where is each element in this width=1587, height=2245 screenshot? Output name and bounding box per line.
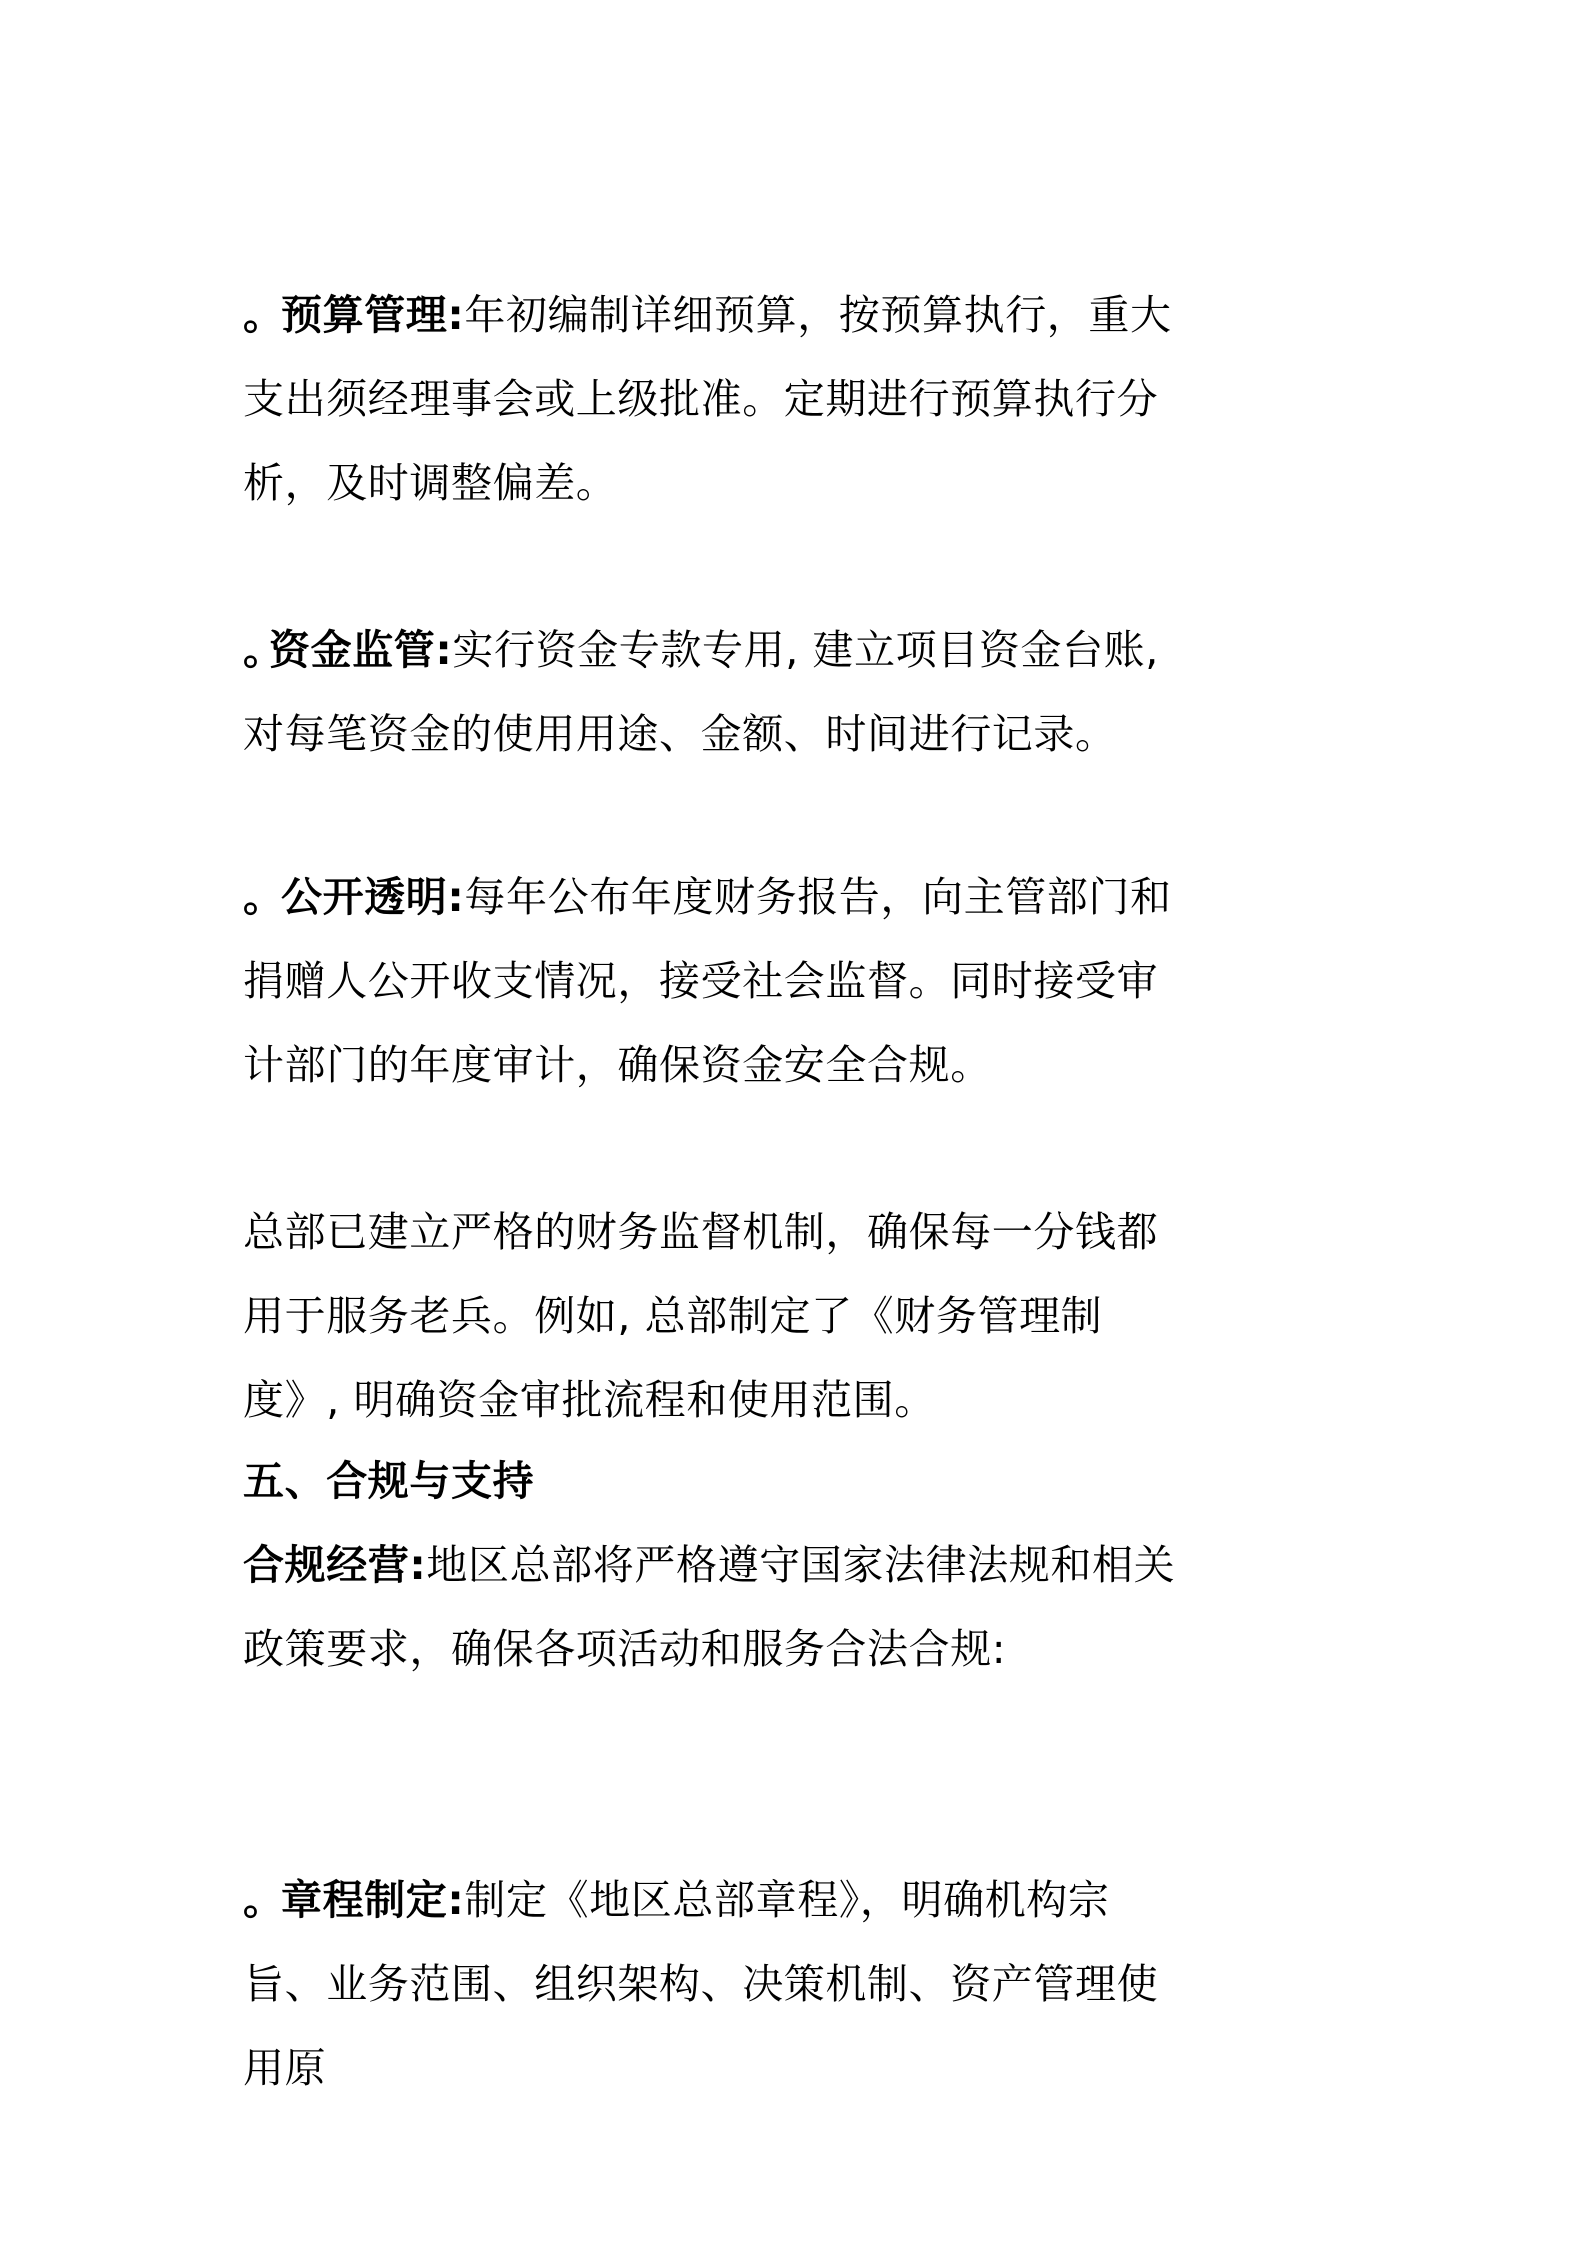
paragraph-charter: 。章程制定:制定《地区总部章程》，明确机构宗旨、业务范围、组织架构、决策机制、资… xyxy=(243,1858,1188,2110)
bullet-icon: 。 xyxy=(243,273,281,357)
section-label: 章程制定: xyxy=(281,1876,464,1924)
bullet-icon: 。 xyxy=(243,855,281,939)
section-heading: 五、合规与支持 xyxy=(243,1439,1188,1523)
paragraph-funds-supervision: 。资金监管:实行资金专款专用, 建立项目资金台账, 对每笔资金的使用用途、金额、… xyxy=(243,608,1188,776)
section-label: 公开透明: xyxy=(281,873,464,921)
section-label: 合规经营: xyxy=(243,1541,426,1589)
section-label: 资金监管: xyxy=(269,626,452,674)
bullet-icon: 。 xyxy=(243,608,269,692)
document-page: 。预算管理:年初编制详细预算，按预算执行，重大支出须经理事会或上级批准。定期进行… xyxy=(0,0,1587,2245)
paragraph-compliance: 合规经营:地区总部将严格遵守国家法律法规和相关政策要求，确保各项活动和服务合法合… xyxy=(243,1523,1188,1691)
paragraph-financial-supervision: 总部已建立严格的财务监督机制，确保每一分钱都用于服务老兵。例如, 总部制定了《财… xyxy=(243,1190,1188,1442)
section-text: 总部已建立严格的财务监督机制，确保每一分钱都用于服务老兵。例如, 总部制定了《财… xyxy=(243,1208,1158,1424)
bullet-icon: 。 xyxy=(243,1858,281,1942)
heading-text: 五、合规与支持 xyxy=(243,1457,534,1505)
paragraph-budget-management: 。预算管理:年初编制详细预算，按预算执行，重大支出须经理事会或上级批准。定期进行… xyxy=(243,273,1188,525)
section-label: 预算管理: xyxy=(281,291,464,339)
paragraph-transparency: 。公开透明:每年公布年度财务报告，向主管部门和捐赠人公开收支情况，接受社会监督。… xyxy=(243,855,1188,1107)
